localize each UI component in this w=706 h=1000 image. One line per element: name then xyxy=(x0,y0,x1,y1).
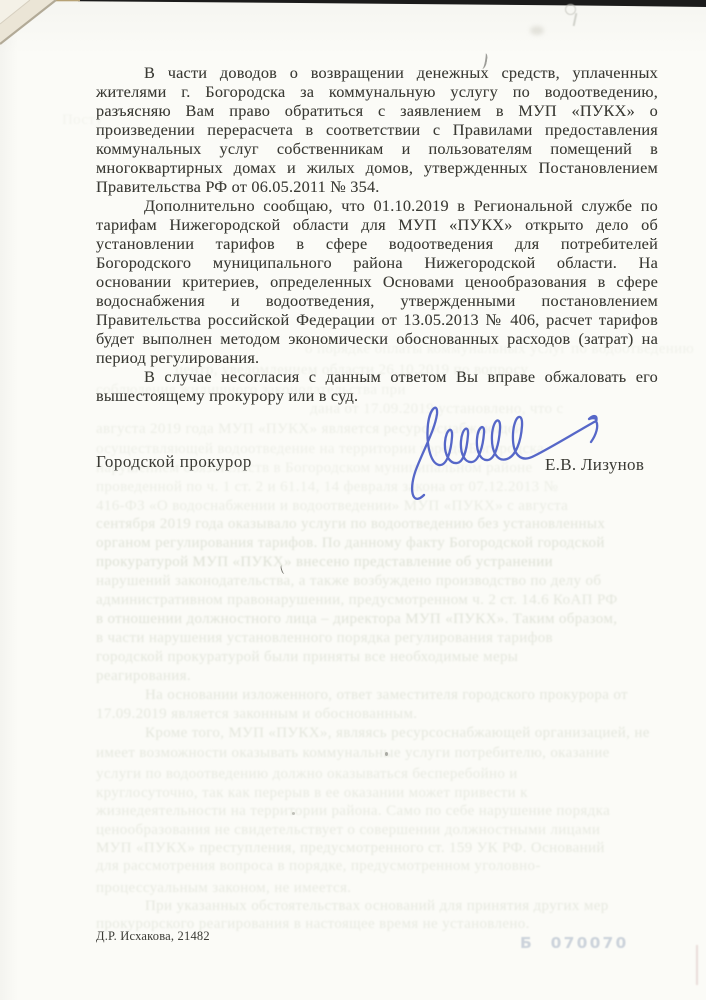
bleedthrough-line: ценообразования не свидетельствует о сов… xyxy=(96,822,600,839)
scanned-letter-page: о порядке оплаты коммунальных услуг по в… xyxy=(0,0,706,1000)
scan-smudge xyxy=(530,26,544,35)
text-line: будет выполнен методом экономически обос… xyxy=(96,329,658,348)
bleedthrough-line: городской прокуратурой были приняты все … xyxy=(96,649,518,666)
bleedthrough-line: административном правонарушении, предусм… xyxy=(96,592,618,609)
bleedthrough-line: нарушений законодательства, а также возб… xyxy=(96,573,601,590)
document-text: В части доводов о возвращении денежных с… xyxy=(96,63,658,405)
bleedthrough-line: процессуальным законом, не имеется. xyxy=(96,880,351,897)
bleedthrough-line: органом регулирования тарифов. По данном… xyxy=(96,535,605,552)
paragraph: В части доводов о возвращении денежных с… xyxy=(96,63,658,196)
page-fold-corner xyxy=(0,0,90,60)
bleedthrough-line: Кроме того, МУП «ПУКХ», являясь ресурсос… xyxy=(145,725,650,742)
bleedthrough-line: 17.09.2019 является законным и обоснован… xyxy=(96,706,417,723)
ink-speck xyxy=(280,565,287,575)
text-line: установлении тарифов в сфере водоотведен… xyxy=(96,234,658,253)
text-line: В части доводов о возвращении денежных с… xyxy=(96,63,658,82)
text-line: водоснабжения и водоотведения, утвержден… xyxy=(96,291,658,310)
text-line: жителями г. Богородска за коммунальную у… xyxy=(96,82,658,101)
bleedthrough-line: имеет возможности оказывать коммунальные… xyxy=(96,745,610,762)
text-line: коммунальных услуг собственникам и польз… xyxy=(96,139,658,158)
bleedthrough-line: МУП «ПУКХ» преступления, предусмотренног… xyxy=(96,840,605,857)
form-number-stamp: Б 070070 xyxy=(520,934,629,952)
bleedthrough-line: сентября 2019 года оказывало услуги по в… xyxy=(96,516,605,533)
page-edge-mark xyxy=(696,945,698,985)
text-line: основании критериев, определенных Основа… xyxy=(96,272,658,291)
bleedthrough-line: в отношении должностного лица – директор… xyxy=(96,611,617,628)
bleedthrough-line: в части нарушения установленного порядка… xyxy=(96,630,553,647)
text-line: Богородского муниципального района Нижег… xyxy=(96,253,658,272)
text-line: Правительства российской Федерации от 13… xyxy=(96,310,658,329)
bleedthrough-line: услуги по водоотведению должно оказывать… xyxy=(96,766,518,783)
text-line: В случае несогласия с данным ответом Вы … xyxy=(96,367,658,386)
text-line: Правительства РФ от 06.05.2011 № 354. xyxy=(96,177,658,196)
bleedthrough-line: жизнедеятельности на территории района. … xyxy=(96,803,610,820)
ink-dot xyxy=(385,752,388,756)
text-line: многоквартирных домах и жилых домов, утв… xyxy=(96,158,658,177)
prosecutor-title-label: Городской прокурор xyxy=(96,452,252,472)
text-line: Дополнительно сообщаю, что 01.10.2019 в … xyxy=(96,196,658,215)
bleedthrough-line: На основании изложенного, ответ заместит… xyxy=(145,687,628,704)
clerk-reference-line: Д.Р. Исхакова, 21482 xyxy=(96,929,210,944)
bleedthrough-line: прокуратурой МУП «ПУКХ» внесено представ… xyxy=(96,554,553,571)
text-line: период регулирования. xyxy=(96,348,658,367)
bleedthrough-line: круглосуточно, так как перерыв в ее оказ… xyxy=(96,785,528,802)
scan-top-edge xyxy=(0,0,706,12)
handwritten-signature xyxy=(408,397,603,515)
text-line: произведении перерасчета в соответствии … xyxy=(96,120,658,139)
bleedthrough-line: для рассмотрения вопроса в порядке, пред… xyxy=(96,858,541,875)
ink-dot xyxy=(292,812,295,815)
paragraph: Дополнительно сообщаю, что 01.10.2019 в … xyxy=(96,196,658,367)
text-line: тарифам Нижегородской области для МУП «П… xyxy=(96,215,658,234)
text-line: разъясняю Вам право обратиться с заявлен… xyxy=(96,101,658,120)
bleedthrough-line: При указанных обстоятельствах оснований … xyxy=(145,898,609,915)
bleedthrough-line: реагирования. xyxy=(96,668,191,685)
